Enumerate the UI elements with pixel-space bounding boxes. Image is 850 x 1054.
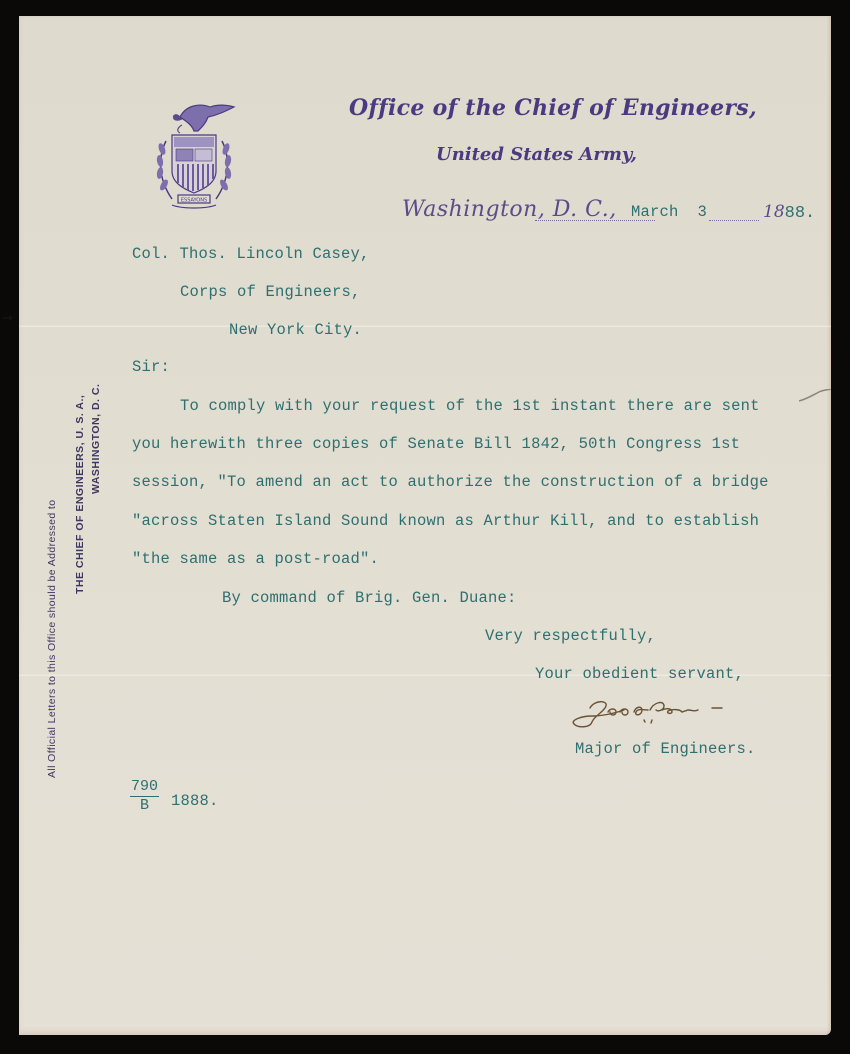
year-suffix: 88.: [785, 204, 816, 223]
signer-title: Major of Engineers.: [575, 740, 756, 758]
letterhead-place: Washington, D. C.,: [402, 197, 617, 222]
file-reference-fraction: 790 B: [130, 779, 159, 815]
eagle-shield-crest-icon: ESSAYONS: [152, 95, 236, 214]
date-year: 1888.: [763, 202, 815, 223]
body-line: "across Staten Island Sound known as Art…: [132, 512, 759, 530]
closing-servant: Your obedient servant,: [535, 665, 744, 683]
date-month-day: March 3: [631, 203, 707, 221]
sidebar-instruction: All Official Letters to this Office shou…: [46, 500, 58, 778]
recipient-city: New York City.: [229, 321, 362, 339]
body-line: you herewith three copies of Senate Bill…: [132, 435, 740, 453]
reference-denominator: B: [130, 797, 159, 815]
sidebar-city: WASHINGTON, D. C.: [90, 384, 102, 494]
fold-crease: [19, 325, 831, 328]
command-line: By command of Brig. Gen. Duane:: [222, 589, 517, 607]
sidebar-addressee: THE CHIEF OF ENGINEERS, U. S. A.,: [74, 395, 86, 594]
recipient-corps: Corps of Engineers,: [180, 283, 361, 301]
letterhead-army: United States Army,: [436, 144, 637, 165]
salutation: Sir:: [132, 358, 170, 376]
date-dotted-line: [709, 220, 759, 221]
paper-tear-mark: [799, 389, 831, 410]
recipient-name: Col. Thos. Lincoln Casey,: [132, 245, 370, 263]
letter-page: ESSAYONS Office of the Chief of Engineer…: [19, 16, 831, 1035]
svg-text:ESSAYONS: ESSAYONS: [181, 198, 207, 204]
letterhead-office: Office of the Chief of Engineers,: [349, 95, 757, 121]
body-line: To comply with your request of the 1st i…: [180, 397, 760, 415]
body-line: session, "To amend an act to authorize t…: [132, 473, 769, 491]
handwritten-signature-icon: [564, 694, 764, 739]
body-line: "the same as a post-road".: [132, 550, 379, 568]
year-prefix: 18: [763, 202, 785, 222]
reference-year: 1888.: [171, 792, 219, 810]
arrow-marker-icon: →: [2, 311, 13, 326]
closing-respectfully: Very respectfully,: [485, 627, 656, 645]
reference-numerator: 790: [130, 779, 159, 797]
